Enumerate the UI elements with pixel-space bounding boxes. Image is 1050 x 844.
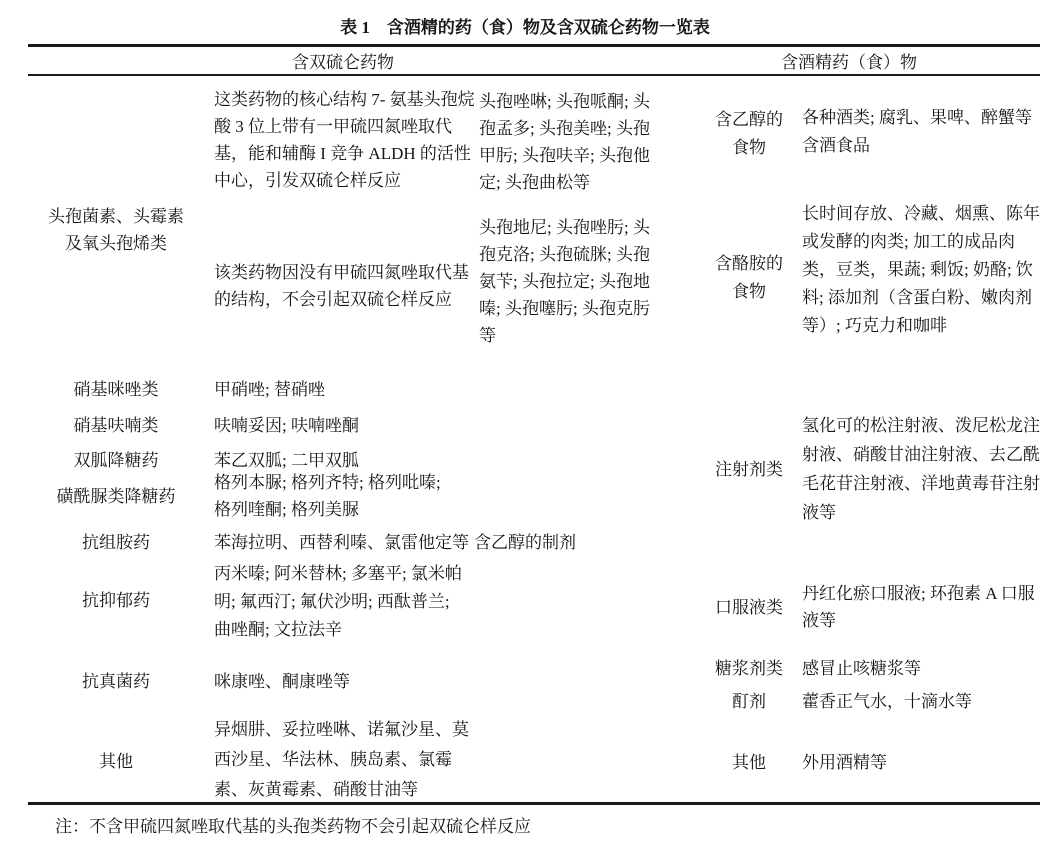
cell-ethanol-preparations: 含乙醇的制剂 <box>474 529 644 556</box>
items-ethanol-foods: 各种酒类; 腐乳、果啤、醉蟹等含酒食品 <box>802 104 1044 160</box>
items-oral-liquids: 丹红化瘀口服液; 环孢素 A 口服液等 <box>802 580 1044 634</box>
category-injections: 注射剂类 <box>688 456 810 483</box>
category-oral-liquids: 口服液类 <box>688 594 810 621</box>
items-tinctures: 藿香正气水，十滴水等 <box>802 688 1044 715</box>
drugs-antidepressants: 丙米嗪; 阿米替林; 多塞平; 氯米帕明; 氟西汀; 氟伏沙明; 西酞普兰; 曲… <box>214 560 470 644</box>
category-nitroimidazoles: 硝基咪唑类 <box>28 376 204 403</box>
section-header-disulfiram: 含双硫仑药物 <box>28 49 658 76</box>
category-syrups: 糖浆剂类 <box>688 655 810 682</box>
items-tyramine-foods: 长时间存放、冷藏、烟熏、陈年或发酵的肉类; 加工的成品肉类，豆类，果蔬; 剩饭;… <box>802 200 1044 340</box>
drugs-antihistamines: 苯海拉明、西替利嗪、氯雷他定等 <box>214 529 484 556</box>
items-injections: 氢化可的松注射液、泼尼松龙注射液、硝酸甘油注射液、去乙酰毛花苷注射液、洋地黄毒苷… <box>802 411 1044 527</box>
category-biguanides: 双胍降糖药 <box>28 447 204 474</box>
cephalosporin-mtt-drug-list: 头孢唑啉; 头孢哌酮; 头孢孟多; 头孢美唑; 头孢甲肟; 头孢呋辛; 头孢他定… <box>479 88 665 196</box>
rule-header <box>28 74 1040 76</box>
drugs-nitroimidazoles: 甲硝唑; 替硝唑 <box>214 376 484 403</box>
category-others-left: 其他 <box>28 748 204 775</box>
category-nitrofurans: 硝基呋喃类 <box>28 412 204 439</box>
rule-top <box>28 44 1040 47</box>
category-tyramine-foods: 含酪胺的 食物 <box>688 250 810 306</box>
category-tinctures: 酊剂 <box>688 688 810 715</box>
category-ethanol-foods: 含乙醇的 食物 <box>688 106 810 162</box>
table-page: 表 1 含酒精的药（食）物及含双硫仑药物一览表 含双硫仑药物 含酒精药（食）物 … <box>0 0 1050 844</box>
drugs-nitrofurans: 呋喃妥因; 呋喃唑酮 <box>214 412 484 439</box>
drugs-sulfonylureas: 格列本脲; 格列齐特; 格列吡嗪; 格列喹酮; 格列美脲 <box>214 469 494 523</box>
cephalosporin-no-mtt-drug-list: 头孢地尼; 头孢唑肟; 头孢克洛; 头孢硫脒; 头孢氨苄; 头孢拉定; 头孢地嗪… <box>479 214 665 349</box>
cephalosporin-no-mtt-description: 该类药物因没有甲硫四氮唑取代基的结构，不会引起双硫仑样反应 <box>214 259 478 313</box>
category-sulfonylureas: 磺酰脲类降糖药 <box>28 483 204 510</box>
category-cephalosporins: 头孢菌素、头霉素 及氧头孢烯类 <box>28 203 204 257</box>
table-footnote: 注：不含甲硫四氮唑取代基的头孢类药物不会引起双硫仑样反应 <box>55 813 955 840</box>
items-syrups: 感冒止咳糖浆等 <box>802 655 1044 682</box>
cephalosporin-mtt-description: 这类药物的核心结构 7- 氨基头孢烷酸 3 位上带有一甲硫四氮唑取代基，能和辅酶… <box>214 86 478 194</box>
drugs-others-left: 异烟肼、妥拉唑啉、诺氟沙星、莫西沙星、华法林、胰岛素、氯霉素、灰黄霉素、硝酸甘油… <box>214 715 484 805</box>
rule-bottom <box>28 802 1040 805</box>
section-header-alcohol: 含酒精药（食）物 <box>658 49 1040 76</box>
table-title: 表 1 含酒精的药（食）物及含双硫仑药物一览表 <box>0 14 1050 41</box>
category-others-right: 其他 <box>688 749 810 776</box>
category-antidepressants: 抗抑郁药 <box>28 587 204 614</box>
drugs-antifungals: 咪康唑、酮康唑等 <box>214 668 484 695</box>
category-antifungals: 抗真菌药 <box>28 668 204 695</box>
category-antihistamines: 抗组胺药 <box>28 529 204 556</box>
items-others-right: 外用酒精等 <box>802 749 1044 776</box>
